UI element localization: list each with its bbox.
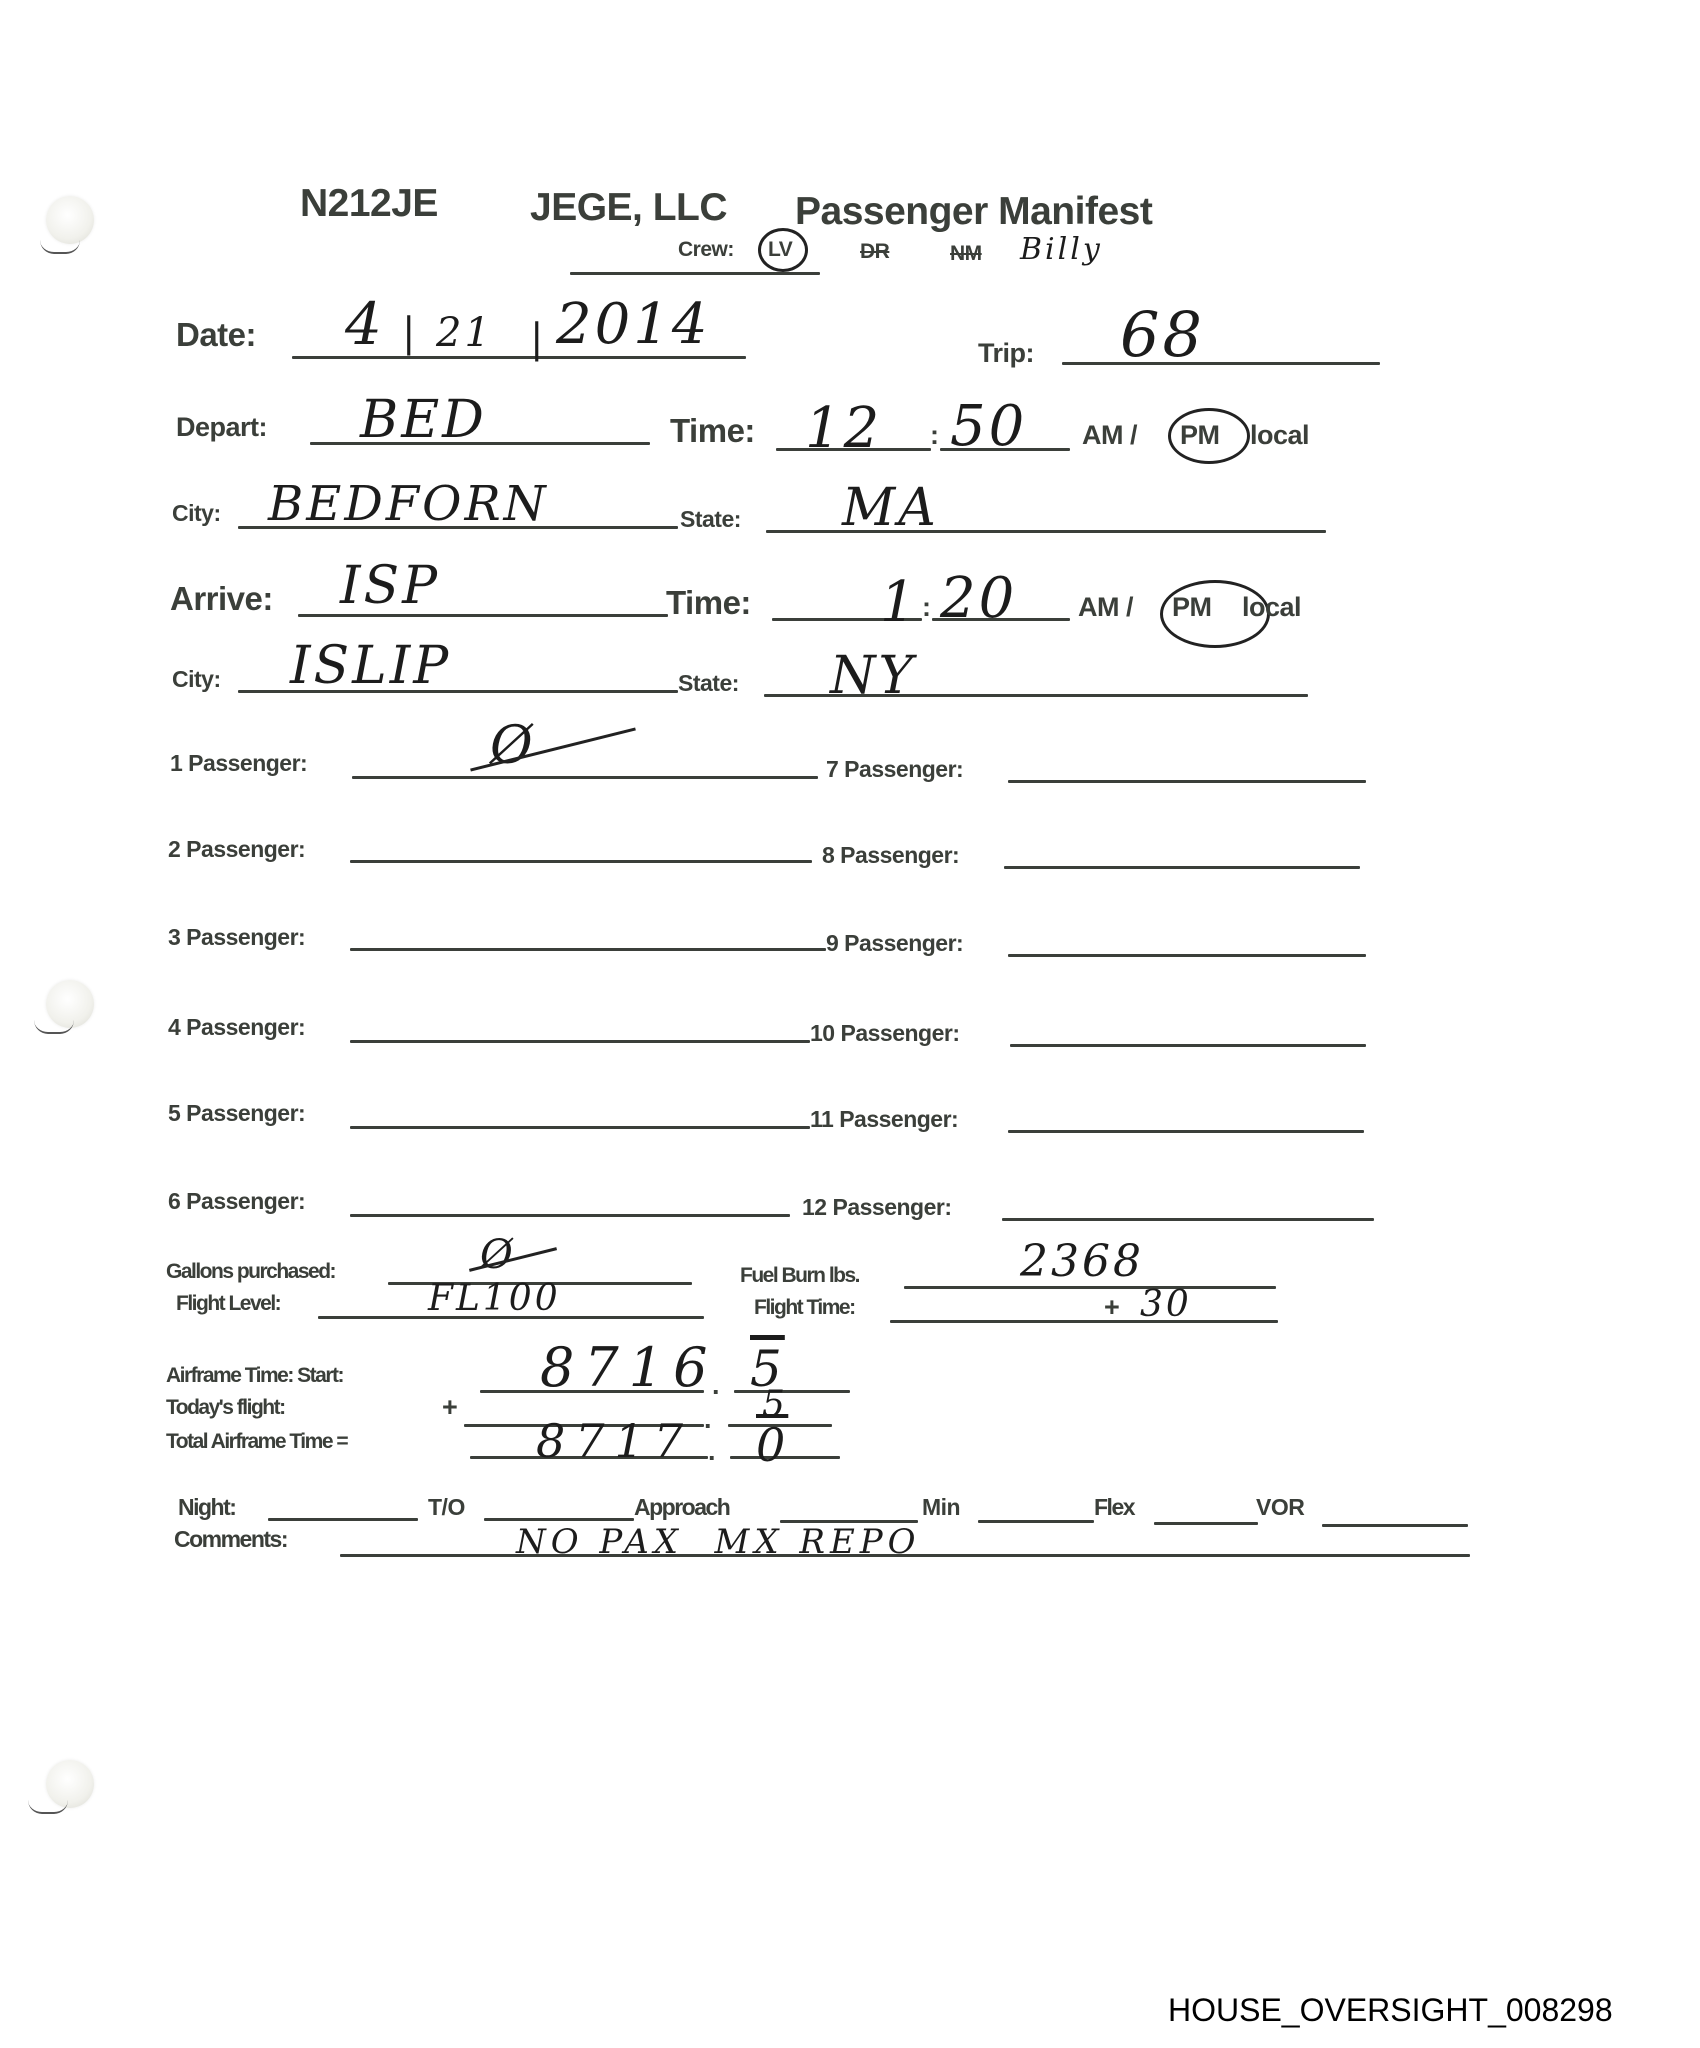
passenger-11-line [1008,1130,1364,1133]
passenger-10-line [1010,1044,1366,1047]
form-title: Passenger Manifest [795,190,1152,234]
flex-line [1154,1522,1258,1525]
approach-label: Approach [634,1494,729,1521]
passenger-5-line [350,1126,810,1129]
passenger-5-label: 5 Passenger: [168,1100,305,1127]
date-label: Date: [176,316,256,354]
todays-flight-label: Today's flight: [166,1396,285,1420]
flight-time-prefix: + [1104,1292,1119,1323]
passenger-1-line [352,776,818,779]
to-line [484,1518,634,1521]
flight-time-line [890,1320,1278,1323]
passenger-6-line [350,1214,790,1217]
crew-option-dr[interactable]: DR [860,240,889,264]
passenger-7-line [1008,780,1366,783]
flight-time-label: Flight Time: [754,1296,855,1320]
trip-number[interactable]: 68 [1120,298,1205,371]
arrive-minute[interactable]: 20 [940,566,1017,631]
vor-line [1322,1524,1468,1527]
depart-label: Depart: [176,412,267,443]
passenger-10-label: 10 Passenger: [810,1020,959,1047]
passenger-7-label: 7 Passenger: [826,756,963,783]
trip-line [1062,362,1380,365]
gallons-purchased-label: Gallons purchased: [166,1260,335,1284]
crew-option-nm[interactable]: NM [950,242,982,266]
depart-city[interactable]: BEDFORN [268,476,549,532]
company-name: JEGE, LLC [530,186,727,230]
date-day[interactable]: 21 [436,310,493,356]
crew-label: Crew: [678,238,734,262]
trip-label: Trip: [978,338,1034,369]
to-label: T/O [428,1494,465,1521]
passenger-12-label: 12 Passenger: [802,1194,951,1221]
passenger-6-label: 6 Passenger: [168,1188,305,1215]
decimal-point: . [704,1404,711,1435]
depart-local-label: local [1250,420,1309,451]
depart-minute[interactable]: 50 [950,394,1027,459]
min-line [978,1520,1094,1523]
night-label: Night: [178,1494,235,1521]
total-airframe-label: Total Airframe Time = [166,1430,347,1454]
date-separator: | [402,310,418,356]
arrive-local-label: local [1242,592,1301,623]
depart-time-label: Time: [670,412,755,450]
depart-state[interactable]: MA [842,478,939,538]
passenger-3-line [350,948,826,951]
decimal-point: . [708,1436,715,1467]
todays-flight-prefix: + [442,1392,457,1423]
arrive-time-label: Time: [666,584,751,622]
crew-handwritten[interactable]: Billy [1020,232,1103,267]
passenger-8-label: 8 Passenger: [822,842,959,869]
airframe-start-label: Airframe Time: Start: [166,1364,343,1388]
passenger-4-line [350,1040,810,1043]
total-airframe-decimal[interactable]: 0 [756,1418,788,1472]
crew-selected-circle [758,228,808,272]
bates-number: HOUSE_OVERSIGHT_008298 [1168,1992,1613,2029]
time-colon: : [930,420,939,451]
arrive-hour[interactable]: 1 [880,570,919,635]
arrive-state-label: State: [678,670,739,697]
vor-label: VOR [1256,1494,1304,1521]
passenger-3-label: 3 Passenger: [168,924,305,951]
hole-punch-mark [28,1800,68,1814]
date-year[interactable]: 2014 [556,292,711,357]
gallons-purchased-value[interactable]: Ø [480,1232,516,1278]
flex-label: Flex [1094,1494,1134,1521]
depart-am-option[interactable]: AM / [1082,420,1137,451]
tail-number: N212JE [300,182,438,226]
depart-city-label: City: [172,500,221,527]
comments-label: Comments: [174,1526,287,1553]
comments-value[interactable]: NO PAX MX REPO [516,1522,921,1562]
hole-punch-mark [34,1020,74,1034]
passenger-12-line [1002,1218,1374,1221]
passenger-11-label: 11 Passenger: [810,1106,958,1133]
depart-hour[interactable]: 12 [805,396,882,461]
min-label: Min [922,1494,960,1521]
flight-level-value[interactable]: FL100 [428,1278,561,1319]
passenger-9-label: 9 Passenger: [826,930,963,957]
flight-level-label: Flight Level: [176,1292,280,1316]
passenger-2-label: 2 Passenger: [168,836,305,863]
date-separator: | [530,316,546,362]
flight-time-value[interactable]: 30 [1140,1284,1192,1325]
night-line [268,1518,418,1521]
hole-punch-mark [40,240,80,254]
fuel-burn-value[interactable]: 2368 [1020,1236,1144,1287]
fuel-burn-label: Fuel Burn lbs. [740,1264,859,1288]
decimal-point: . [712,1370,719,1401]
passenger-4-label: 4 Passenger: [168,1014,305,1041]
hole-punch-top [46,196,94,244]
arrive-city[interactable]: ISLIP [290,636,451,696]
depart-state-label: State: [680,506,741,533]
airframe-start-whole[interactable]: 8716 [540,1336,717,1399]
passenger-8-line [1004,866,1360,869]
depart-pm-selected-circle [1168,408,1250,464]
depart-airport[interactable]: BED [360,390,487,450]
arrive-am-option[interactable]: AM / [1078,592,1133,623]
passenger-2-line [350,860,812,863]
passenger-9-line [1008,954,1366,957]
passenger-1-label: 1 Passenger: [170,750,307,777]
total-airframe-whole[interactable]: 8717 [536,1414,693,1468]
arrive-label: Arrive: [170,580,273,618]
header-underline [570,272,820,275]
date-month[interactable]: 4 [345,290,385,358]
arrive-city-label: City: [172,666,221,693]
arrive-state[interactable]: NY [830,646,916,706]
arrive-airport[interactable]: ISP [340,556,440,616]
time-colon: : [922,592,931,623]
passenger-1-value[interactable]: Ø [490,716,536,776]
